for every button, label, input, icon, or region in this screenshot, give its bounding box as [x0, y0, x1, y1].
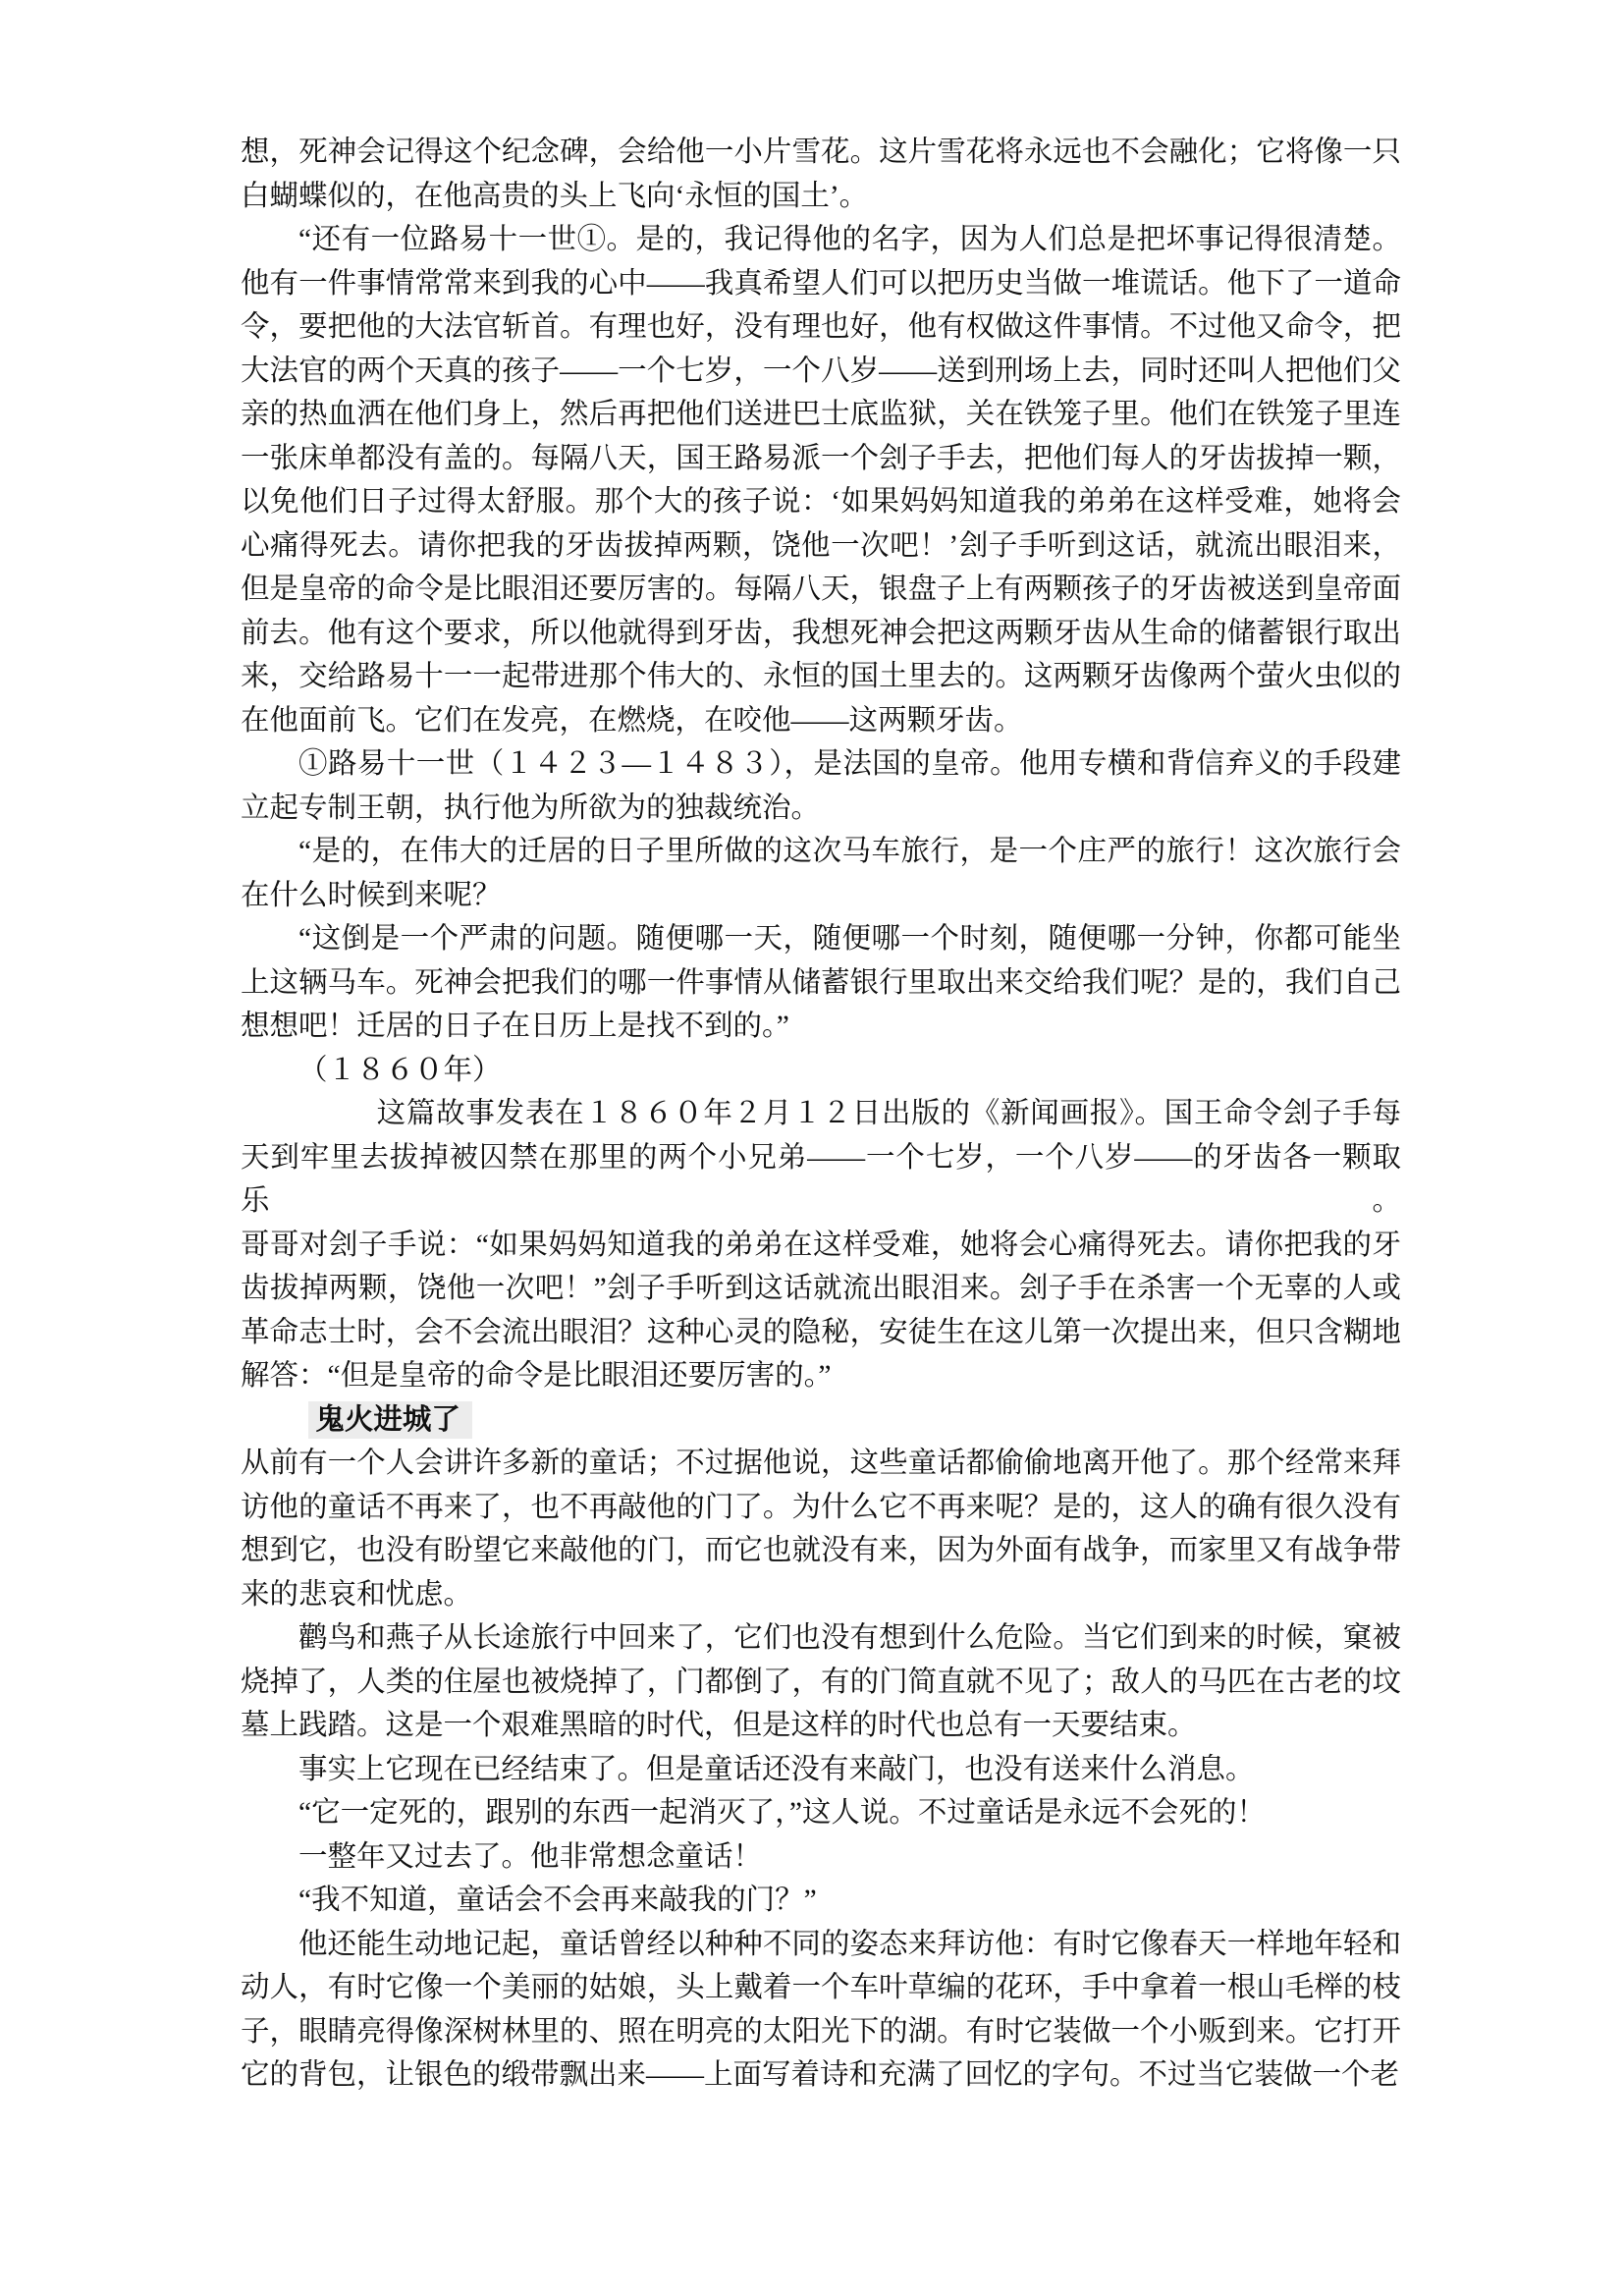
- text-line: 他有一件事情常常来到我的心中——我真希望人们可以把历史当做一堆谎话。他下了一道命: [241, 262, 1401, 306]
- text-line: 在什么时候到来呢？: [241, 874, 1401, 918]
- text-line: 一张床单都没有盖的。每隔八天，国王路易派一个刽子手去，把他们每人的牙齿拔掉一颗，: [241, 437, 1401, 481]
- paragraph: “我不知道，童话会不会再来敲我的门？”: [241, 1879, 1401, 1923]
- paragraph: 从前有一个人会讲许多新的童话；不过据他说，这些童话都偷偷地离开他了。那个经常来拜…: [241, 1442, 1401, 1616]
- text-line: 想到它，也没有盼望它来敲他的门，而它也就没有来，因为外面有战争，而家里又有战争带: [241, 1529, 1401, 1573]
- text-line: 白蝴蝶似的，在他高贵的头上飞向‘永恒的国土’。: [241, 175, 1401, 219]
- text-line: 但是皇帝的命令是比眼泪还要厉害的。每隔八天，银盘子上有两颗孩子的牙齿被送到皇帝面: [241, 568, 1401, 612]
- text-line: 齿拔掉两颗，饶他一次吧！”刽子手听到这话就流出眼泪来。刽子手在杀害一个无辜的人或: [241, 1267, 1401, 1311]
- paragraph: “这倒是一个严肃的问题。随便哪一天，随便哪一个时刻，随便哪一分钟，你都可能坐上这…: [241, 917, 1401, 1049]
- text-line: 上这辆马车。死神会把我们的哪一件事情从储蓄银行里取出来交给我们呢？是的，我们自己: [241, 961, 1401, 1006]
- paragraph: “它一定死的，跟别的东西一起消灭了，”这人说。不过童话是永远不会死的！: [241, 1791, 1401, 1835]
- text-line: “我不知道，童话会不会再来敲我的门？”: [241, 1879, 1401, 1923]
- text-line: 来，交给路易十一一起带进那个伟大的、永恒的国土里去的。这两颗牙齿像两个萤火虫似的: [241, 655, 1401, 699]
- paragraph: 一整年又过去了。他非常想念童话！: [241, 1835, 1401, 1880]
- paragraph: 鹳鸟和燕子从长途旅行中回来了，它们也没有想到什么危险。当它们到来的时候，窠被烧掉…: [241, 1616, 1401, 1748]
- text-line: 动人，有时它像一个美丽的姑娘，头上戴着一个车叶草编的花环，手中拿着一根山毛榉的枝: [241, 1966, 1401, 2010]
- paragraph: （１８６０年）: [241, 1049, 1401, 1093]
- text-line: 哥哥对刽子手说：“如果妈妈知道我的弟弟在这样受难，她将会心痛得死去。请你把我的牙: [241, 1224, 1401, 1268]
- text-line: （１８６０年）: [241, 1049, 1401, 1093]
- paragraph: 事实上它现在已经结束了。但是童话还没有来敲门，也没有送来什么消息。: [241, 1748, 1401, 1792]
- paragraph: “还有一位路易十一世①。是的，我记得他的名字，因为人们总是把坏事记得很清楚。他有…: [241, 218, 1401, 742]
- text-line: 解答：“但是皇帝的命令是比眼泪还要厉害的。”: [241, 1354, 1401, 1398]
- text-line: 亲的热血洒在他们身上，然后再把他们送进巴士底监狱，关在铁笼子里。他们在铁笼子里连: [241, 393, 1401, 437]
- section-heading-text: 鬼火进城了: [308, 1401, 472, 1439]
- section-heading-line: 鬼火进城了: [241, 1398, 1401, 1443]
- document-body: 想，死神会记得这个纪念碑，会给他一小片雪花。这片雪花将永远也不会融化；它将像一只…: [241, 131, 1401, 2098]
- text-line: 大法官的两个天真的孩子——一个七岁，一个八岁——送到刑场上去，同时还叫人把他们父: [241, 350, 1401, 394]
- text-line: 立起专制王朝，执行他为所欲为的独裁统治。: [241, 787, 1401, 831]
- paragraph: 想，死神会记得这个纪念碑，会给他一小片雪花。这片雪花将永远也不会融化；它将像一只…: [241, 131, 1401, 218]
- paragraph: “是的，在伟大的迁居的日子里所做的这次马车旅行，是一个庄严的旅行！这次旅行会在什…: [241, 830, 1401, 917]
- text-line: 来的悲哀和忧虑。: [241, 1573, 1401, 1617]
- paragraph: ①路易十一世（１４２３—１４８３），是法国的皇帝。他用专横和背信弃义的手段建立起…: [241, 742, 1401, 830]
- text-line: “还有一位路易十一世①。是的，我记得他的名字，因为人们总是把坏事记得很清楚。: [241, 218, 1401, 262]
- text-line: “是的，在伟大的迁居的日子里所做的这次马车旅行，是一个庄严的旅行！这次旅行会: [241, 830, 1401, 874]
- text-line: 子，眼睛亮得像深树林里的、照在明亮的太阳光下的湖。有时它装做一个小贩到来。它打开: [241, 2010, 1401, 2054]
- paragraph: 他还能生动地记起，童话曾经以种种不同的姿态来拜访他：有时它像春天一样地年轻和动人…: [241, 1923, 1401, 2098]
- text-line: ①路易十一世（１４２３—１４８３），是法国的皇帝。他用专横和背信弃义的手段建: [241, 742, 1401, 787]
- text-line: “它一定死的，跟别的东西一起消灭了，”这人说。不过童话是永远不会死的！: [241, 1791, 1401, 1835]
- paragraph: 这篇故事发表在１８６０年２月１２日出版的《新闻画报》。国王命令刽子手每天到牢里去…: [241, 1092, 1401, 1398]
- text-line: 革命志士时，会不会流出眼泪？这种心灵的隐秘，安徒生在这儿第一次提出来，但只含糊地: [241, 1311, 1401, 1355]
- text-line: “这倒是一个严肃的问题。随便哪一天，随便哪一个时刻，随便哪一分钟，你都可能坐: [241, 917, 1401, 961]
- section-heading: 鬼火进城了: [241, 1398, 1401, 1443]
- text-line: 烧掉了，人类的住屋也被烧掉了，门都倒了，有的门简直就不见了；敌人的马匹在古老的坟: [241, 1661, 1401, 1705]
- text-line: 墓上践踏。这是一个艰难黑暗的时代，但是这样的时代也总有一天要结束。: [241, 1704, 1401, 1748]
- text-line: 这篇故事发表在１８６０年２月１２日出版的《新闻画报》。国王命令刽子手每: [241, 1092, 1401, 1136]
- text-line: 以免他们日子过得太舒服。那个大的孩子说：‘如果妈妈知道我的弟弟在这样受难，她将会: [241, 480, 1401, 524]
- text-line: 想，死神会记得这个纪念碑，会给他一小片雪花。这片雪花将永远也不会融化；它将像一只: [241, 131, 1401, 175]
- text-line: 一整年又过去了。他非常想念童话！: [241, 1835, 1401, 1880]
- text-line: 天到牢里去拔掉被囚禁在那里的两个小兄弟——一个七岁，一个八岁——的牙齿各一颗取乐…: [241, 1136, 1401, 1224]
- text-line: 鹳鸟和燕子从长途旅行中回来了，它们也没有想到什么危险。当它们到来的时候，窠被: [241, 1616, 1401, 1661]
- text-line: 心痛得死去。请你把我的牙齿拔掉两颗，饶他一次吧！’刽子手听到这话，就流出眼泪来，: [241, 524, 1401, 569]
- text-line: 他还能生动地记起，童话曾经以种种不同的姿态来拜访他：有时它像春天一样地年轻和: [241, 1923, 1401, 1967]
- text-line: 想想吧！迁居的日子在日历上是找不到的。”: [241, 1005, 1401, 1049]
- text-line: 它的背包，让银色的缎带飘出来——上面写着诗和充满了回忆的字句。不过当它装做一个老: [241, 2053, 1401, 2098]
- text-line: 访他的童话不再来了，也不再敲他的门了。为什么它不再来呢？是的，这人的确有很久没有: [241, 1486, 1401, 1530]
- text-line: 从前有一个人会讲许多新的童话；不过据他说，这些童话都偷偷地离开他了。那个经常来拜: [241, 1442, 1401, 1486]
- text-line: 前去。他有这个要求，所以他就得到牙齿，我想死神会把这两颗牙齿从生命的储蓄银行取出: [241, 612, 1401, 656]
- text-line: 令，要把他的大法官斩首。有理也好，没有理也好，他有权做这件事情。不过他又命令，把: [241, 305, 1401, 350]
- text-line: 在他面前飞。它们在发亮，在燃烧，在咬他——这两颗牙齿。: [241, 699, 1401, 743]
- document-page: 想，死神会记得这个纪念碑，会给他一小片雪花。这片雪花将永远也不会融化；它将像一只…: [0, 0, 1623, 2296]
- text-line: 事实上它现在已经结束了。但是童话还没有来敲门，也没有送来什么消息。: [241, 1748, 1401, 1792]
